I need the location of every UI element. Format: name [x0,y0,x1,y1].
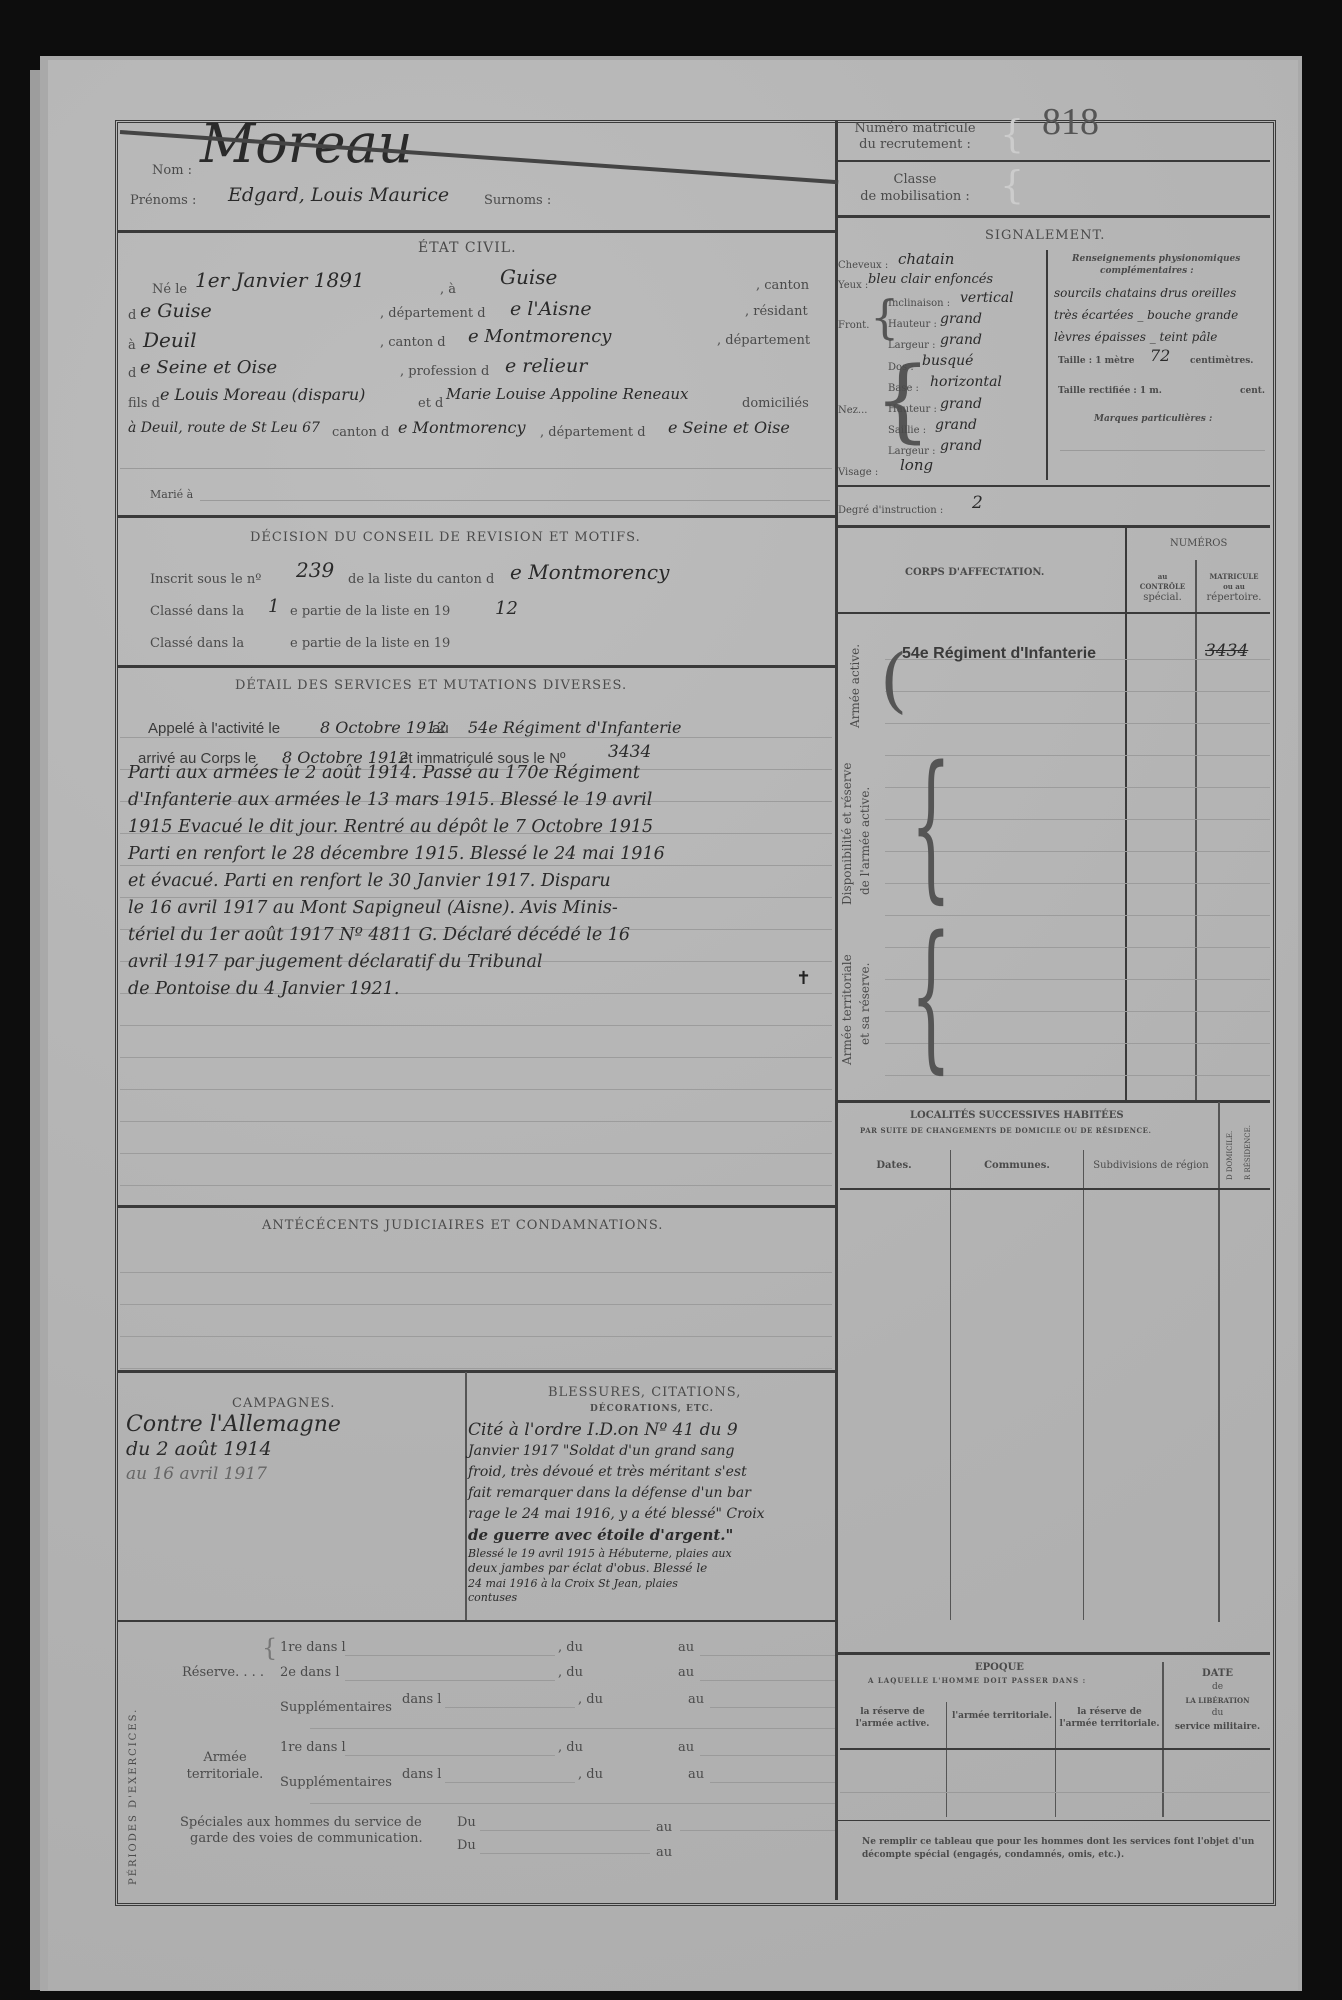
territoriale-row-label: 1re dans l [280,1740,346,1755]
liberation-label-4: du [1165,1708,1270,1718]
fils-label: fils d [128,396,160,411]
reserve-supp-dans: dans l [402,1692,441,1707]
epoque-top-divider [835,1652,1270,1655]
de3-value[interactable]: e Seine et Oise [140,357,277,378]
service-line: de Pontoise du 4 Janvier 1921. [128,976,838,1003]
canton3-value[interactable]: e Montmorency [398,418,526,437]
header-divider [118,230,835,233]
service-line: tériel du 1er août 1917 Nº 4811 G. Décla… [128,922,838,949]
renseignement-line: sourcils chatains drus oreilles [1054,282,1274,304]
reserve-supp-du: , du [578,1692,603,1707]
speciales-au-1: au [656,1820,672,1835]
visage-value[interactable]: long [900,456,933,474]
classe-label-1: Classe [845,172,985,187]
blessure-line: fait remarquer dans la défense d'un bar [468,1483,838,1504]
blessures-subtitle: DÉCORATIONS, ETC. [590,1404,714,1414]
service-line: Parti en renfort le 28 décembre 1915. Bl… [128,841,838,868]
marie-label: Marié à [150,488,193,501]
de1-value[interactable]: e Guise [140,300,212,322]
departement3-label: , département d [540,425,646,440]
saillie-value[interactable]: grand [935,417,977,433]
liberation-label-2: de [1165,1682,1270,1692]
departement3-value[interactable]: e Seine et Oise [668,418,790,437]
base-value[interactable]: horizontal [930,374,1002,390]
corps-header-divider [835,612,1270,614]
etat-civil-title: ÉTAT CIVIL. [418,240,517,256]
localites-col-dates: Dates. [840,1160,948,1171]
au-label: au [432,720,449,737]
dos-value[interactable]: busqué [922,353,973,369]
saillie-label: Saillie : [888,425,926,436]
reserve-supplementaires-label: Supplémentaires [280,1700,392,1715]
renseignements-label-1: Renseignements physionomiques [1072,254,1240,264]
matricule-divider [835,160,1270,162]
classe2-label: Classé dans la [150,636,244,651]
service-line: le 16 avril 1917 au Mont Sapigneul (Aisn… [128,895,838,922]
reserve-row-1-du: , du [558,1640,583,1655]
epoque-col-reserve-territoriale: la réserve de l'armée territoriale. [1058,1706,1161,1730]
epoque-subtitle: A LAQUELLE L'HOMME DOIT PASSER DANS : [868,1676,1086,1685]
epoque-col-divider-2 [1055,1702,1056,1817]
reserve-row-2-du: , du [558,1665,583,1680]
speciales-label-1: Spéciales aux hommes du service de [180,1815,422,1830]
residant-label: , résidant [745,304,808,319]
nom-label: Nom : [152,163,192,178]
taille-unit: centimètres. [1190,356,1253,366]
et-label: et d [418,396,443,411]
yeux-value[interactable]: bleu clair enfoncés [868,272,993,287]
speciales-au-2: au [656,1845,672,1860]
blessure-line: Cité à l'ordre I.D.on Nº 41 du 9 [468,1420,838,1441]
classe2-suffix: e partie de la liste en 19 [290,636,450,651]
territoriale-supp-du: , du [578,1767,603,1782]
nez-largeur-value[interactable]: grand [940,438,982,454]
territoriale-supplementaires-label: Supplémentaires [280,1775,392,1790]
disponibilite-label-2: de l'armée active. [858,787,872,895]
signalement-bottom-divider [835,485,1270,487]
reserve-row-2-au: au [678,1665,694,1680]
blessure-line: froid, très dévoué et très méritant s'es… [468,1462,838,1483]
controle-label-2: CONTRÔLE [1130,582,1195,591]
territoriale-supp-au: au [688,1767,704,1782]
nez-hauteur-value[interactable]: grand [940,396,982,412]
localites-col-divider-2 [1083,1150,1084,1620]
liberation-label-3: LA LIBÉRATION [1165,1696,1270,1705]
reserve-row-1-label: 1re dans l [280,1640,346,1655]
blessure-line: contuses [468,1591,838,1604]
epoque-title: EPOQUE [975,1662,1024,1673]
front-label: Front. [838,320,869,331]
domicilies-label: domiciliés [742,396,809,411]
inclinaison-label: Inclinaison : [888,298,950,309]
de1-label: d [128,308,136,323]
visage-label: Visage : [838,467,878,478]
classe-label-2: de mobilisation : [845,189,985,204]
dr-label-domicile: D DOMICILE. [1226,1131,1234,1180]
numeros-label: NUMÉROS [1170,538,1227,549]
inclinaison-value[interactable]: vertical [960,290,1014,306]
cross-mark-icon: ✝ [796,968,811,989]
inscrit-value[interactable]: 239 [296,558,334,582]
speciales-du-2: Du [457,1838,476,1853]
campagne-line: du 2 août 1914 [126,1437,456,1462]
decision-title: DÉCISION DU CONSEIL DE REVISION ET MOTIF… [250,530,641,545]
epoque-header-divider [840,1748,1270,1750]
liste-value[interactable]: e Montmorency [510,560,669,584]
services-bottom-divider [118,1205,835,1208]
localites-header-divider [840,1188,1270,1190]
periodes-side-label: PÉRIODES D'EXERCICES. [128,1708,139,1885]
services-title: DÉTAIL DES SERVICES ET MUTATIONS DIVERSE… [235,678,627,693]
a2-label: à [128,338,136,353]
classe1-suffix: e partie de la liste en 19 [290,604,450,619]
cheveux-value[interactable]: chatain [898,250,954,268]
service-line: d'Infanterie aux armées le 13 mars 1915.… [128,787,838,814]
domicile-value[interactable]: à Deuil, route de St Leu 67 [128,420,320,436]
localites-col-subdivisions: Subdivisions de région [1085,1160,1217,1171]
appele-date[interactable]: 8 Octobre 1912 [320,718,447,737]
epoque-bottom-divider [835,1820,1270,1821]
renseignements-label-2: complémentaires : [1100,266,1194,276]
column-divider [835,120,838,1900]
campagnes-notes: Contre l'Allemagne du 2 août 1914 au 16 … [126,1412,456,1487]
territoriale-label-1: Armée [185,1750,265,1765]
campagnes-divider [465,1372,467,1622]
dr-label-residence: R RÉSIDENCE. [1244,1125,1252,1180]
renseignement-line: très écartées _ bouche grande [1054,304,1274,326]
epoque-note: Ne remplir ce tableau que pour les homme… [862,1836,1262,1862]
canton-label: , canton [756,278,809,293]
front-largeur-value[interactable]: grand [940,332,982,348]
matricule-value[interactable]: 818 [1042,100,1099,144]
de3-label: d [128,366,136,381]
matricule-label-1: Numéro matricule [845,121,985,136]
blessure-line: Blessé le 19 avril 1915 à Hébuterne, pla… [468,1546,838,1561]
yeux-label: Yeux : [838,280,868,291]
a-value[interactable]: Guise [500,265,557,289]
classe1-value[interactable]: 1 [268,596,279,617]
campagnes-bottom-divider [118,1620,835,1622]
localites-col-communes: Communes. [952,1160,1082,1171]
campagnes-title: CAMPAGNES. [232,1396,335,1411]
blessure-line: deux jambes par éclat d'obus. Blessé le [468,1561,838,1576]
localites-col-divider-1 [950,1150,951,1620]
signalement-top-divider [835,215,1270,218]
degre-label: Degré d'instruction : [838,505,943,516]
taille-label: Taille : 1 mètre [1058,356,1135,366]
renseignement-line: lèvres épaisses _ teint pâle [1054,326,1274,348]
front-hauteur-label: Hauteur : [888,319,937,330]
signalement-divider [1046,250,1048,480]
degre-value[interactable]: 2 [972,493,983,513]
canton2-label: , canton d [380,335,446,350]
regiment-value[interactable]: 54e Régiment d'Infanterie [468,718,681,737]
departement2-label: , département [717,333,810,348]
profession-label: , profession d [400,364,489,379]
matricule-label-3: répertoire. [1198,592,1270,603]
service-line: avril 1917 par jugement déclaratif du Tr… [128,949,838,976]
corps-entry-matricule[interactable]: 3434 [1205,641,1248,661]
blessure-line: de guerre avec étoile d'argent." [468,1525,838,1546]
territoriale-label-2: et sa réserve. [858,963,872,1045]
corps-title: CORPS D'AFFECTATION. [905,567,1044,578]
territoriale-row-du: , du [558,1740,583,1755]
blessure-line: Janvier 1917 "Soldat d'un grand sang [468,1441,838,1462]
territoriale-supp-dans: dans l [402,1767,441,1782]
renseignements-notes: sourcils chatains drus oreilles très éca… [1054,282,1274,348]
epoque-col-reserve-active: la réserve de l'armée active. [840,1706,945,1730]
reserve-label: Réserve. . . . [182,1665,264,1680]
appele-label: Appelé à l'activité le [148,720,280,737]
canton2-value[interactable]: e Montmorency [468,326,611,347]
signalement-title: SIGNALEMENT. [985,228,1105,243]
taille-rectifiee-unit: cent. [1240,386,1265,396]
campagne-line: au 16 avril 1917 [126,1462,456,1487]
front-hauteur-value[interactable]: grand [940,311,982,327]
controle-label-1: au [1130,572,1195,581]
corps-entry-regiment[interactable]: 54e Régiment d'Infanterie [902,645,1096,663]
canton3-label: canton d [332,425,389,440]
classe1-label: Classé dans la [150,604,244,619]
blessure-line: rage le 24 mai 1916, y a été blessé" Cro… [468,1504,838,1525]
antecedents-bottom-divider [118,1370,835,1373]
territoriale-row-au: au [678,1740,694,1755]
ne-le-label: Né le [152,282,187,297]
dos-label: Dos : [888,362,914,373]
service-line: Parti aux armées le 2 août 1914. Passé a… [128,760,838,787]
prenoms-label: Prénoms : [130,193,196,208]
nez-label: Nez... [838,405,867,416]
reserve-row-1-au: au [678,1640,694,1655]
a-label: , à [440,282,456,297]
controle-label-3: spécial. [1130,592,1195,603]
departement-value[interactable]: e l'Aisne [510,298,592,320]
reserve-supp-au: au [688,1692,704,1707]
prenoms-value[interactable]: Edgard, Louis Maurice [228,184,449,206]
base-label: Base : [888,383,919,394]
localites-subtitle: PAR SUITE DE CHANGEMENTS DE DOMICILE OU … [860,1126,1151,1135]
service-line: et évacué. Parti en renfort le 30 Janvie… [128,868,838,895]
epoque-col-divider-1 [946,1702,947,1817]
cheveux-label: Cheveux : [838,260,888,271]
matricule-label-2: ou au [1198,582,1270,591]
liberation-label-1: DATE [1165,1668,1270,1679]
classe1-year[interactable]: 12 [495,598,518,619]
a2-value[interactable]: Deuil [143,328,197,352]
inscrit-label: Inscrit sous le nº [150,572,261,587]
matricule-label-2: du recrutement : [845,137,985,152]
taille-value[interactable]: 72 [1150,346,1170,365]
departement-label: , département d [380,306,486,321]
matricule-label-1: MATRICULE [1198,572,1270,581]
speciales-label-2: garde des voies de communication. [190,1831,423,1846]
nez-hauteur-label: Hauteur : [888,404,937,415]
reserve-row-2-label: 2e dans l [280,1665,340,1680]
disponibilite-label-1: Disponibilité et réserve [840,763,854,905]
taille-rectifiee-label: Taille rectifiée : 1 m. [1058,386,1162,396]
decision-bottom-divider [118,665,835,668]
armee-active-label: Armée active. [848,644,862,728]
speciales-du-1: Du [457,1815,476,1830]
territoriale-label-2: territoriale. [180,1767,270,1782]
marques-label: Marques particulières : [1094,414,1212,424]
blessure-line: 24 mai 1916 à la Croix St Jean, plaies [468,1576,838,1591]
ne-le-value[interactable]: 1er Janvier 1891 [195,268,365,292]
pere-value[interactable]: e Louis Moreau (disparu) [160,385,365,404]
localites-top-divider [835,1100,1270,1103]
epoque-col-territoriale: l'armée territoriale. [950,1710,1054,1722]
mere-value[interactable]: Marie Louise Appoline Reneaux [446,385,688,403]
antecedents-ruled-area [120,1241,832,1371]
immatricule-value[interactable]: 3434 [608,742,651,762]
campagne-line: Contre l'Allemagne [126,1412,456,1437]
corps-top-divider [835,525,1270,528]
localites-title: LOCALITÉS SUCCESSIVES HABITÉES [910,1110,1124,1121]
service-line: 1915 Evacué le dit jour. Rentré au dépôt… [128,814,838,841]
surnoms-label: Surnoms : [484,193,551,208]
localites-dr-divider [1218,1102,1220,1622]
liberation-label-5: service militaire. [1165,1722,1270,1732]
reserve-brace: { [262,1634,277,1662]
etat-civil-bottom-divider [118,515,835,518]
services-notes: Parti aux armées le 2 août 1914. Passé a… [128,760,838,1003]
territoriale-label-1: Armée territoriale [840,954,854,1065]
blessures-notes: Cité à l'ordre I.D.on Nº 41 du 9 Janvier… [468,1420,838,1604]
liste-label: de la liste du canton d [348,572,494,587]
profession-value[interactable]: e relieur [505,355,587,377]
epoque-liberation-divider [1162,1662,1164,1817]
antecedents-title: ANTÉCÉCENTS JUDICIAIRES ET CONDAMNATIONS… [262,1218,663,1233]
blessures-title: BLESSURES, CITATIONS, [548,1385,741,1400]
